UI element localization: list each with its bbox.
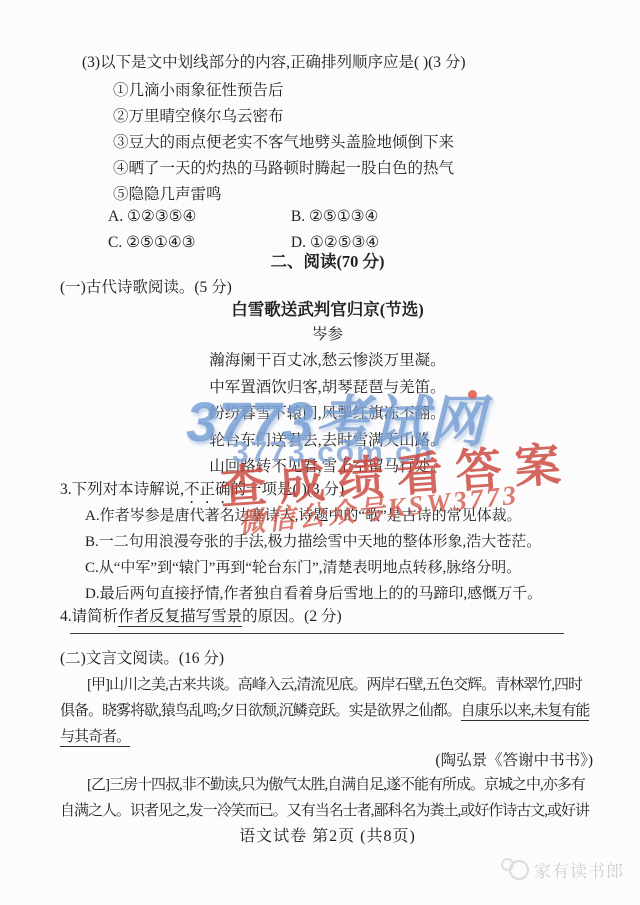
question-3-stem-post: 的一项是( )(3 分) — [231, 481, 345, 498]
option-row: A. ①②③⑤④ B. ②⑤①③④ — [108, 204, 595, 230]
brand-name: 家有读书郎 — [534, 857, 624, 882]
passage-yi-line: 自满之人。识者见之,发一冷笑而已。又有当名士者,鄙科名为粪土,或好作诗古文,或好… — [60, 798, 595, 824]
sentence-item-list: ①几滴小雨象征性预告后 ②万里晴空倏尔乌云密布 ③豆大的雨点便老实不客气地劈头盖… — [113, 78, 595, 208]
question-4-underlined: 作者反复描写雪景 — [118, 608, 242, 627]
passage-jia: [甲]山川之美,古来共谈。高峰入云,清流见底。两岸石壁,五色交辉。青林翠竹,四时… — [60, 672, 595, 750]
passage-jia-line: 与其奇者。 — [60, 724, 595, 750]
question-4-pre: 4.请简析 — [60, 608, 118, 625]
question-3-options: A.作者岑参是唐代著名边塞诗人,诗题中的“歌”是古诗的常见体裁。 B.一二句用浪… — [60, 503, 595, 607]
option-a: A.作者岑参是唐代著名边塞诗人,诗题中的“歌”是古诗的常见体裁。 — [85, 503, 595, 529]
exam-page: (3)以下是文中划线部分的内容,正确排列顺序应是( )(3 分) ①几滴小雨象征… — [0, 0, 640, 905]
poem-body: 瀚海阑干百丈冰,愁云惨淡万里凝。 中军置酒饮归客,胡琴琵琶与羌笛。 纷纷暮雪下辕… — [60, 348, 595, 481]
option-b: B. ②⑤①③④ — [291, 208, 379, 225]
option-c: C.从“中军”到“辕门”再到“轮台东门”,清楚表明地点转移,脉络分明。 — [85, 555, 595, 581]
poem-author: 岑参 — [60, 322, 595, 348]
poem-line: 纷纷暮雪下辕门,风掣红旗冻不翻。 — [60, 401, 595, 428]
poem-line: 轮台东门送君去,去时雪满天山路。 — [60, 428, 595, 455]
sentence-item: ③豆大的雨点便老实不客气地劈头盖脸地倾倒下来 — [113, 130, 595, 156]
passage-attribution: (陶弘景《答谢中书书》) — [60, 748, 595, 774]
option-b: B.一二句用浪漫夸张的手法,极力描绘雪中天地的整体形象,浩大苍茫。 — [85, 529, 595, 555]
option-a: A. ①②③⑤④ — [108, 204, 287, 230]
passage-yi-line: [乙]三房十四叔,非不勤读,只为傲气太胜,自满自足,遂不能有所成。京城之中,亦多… — [60, 772, 595, 798]
subquestion-3-stem: (3)以下是文中划线部分的内容,正确排列顺序应是( )(3 分) — [82, 50, 595, 76]
question-4-stem: 4.请简析作者反复描写雪景的原因。(2 分) — [60, 604, 595, 630]
page-footer: 语文试卷 第2页 (共8页) — [60, 824, 595, 850]
sentence-item: ④晒了一天的灼热的马路顿时腾起一股白色的热气 — [113, 156, 595, 182]
poem-title: 白雪歌送武判官归京(节选) — [60, 297, 595, 323]
part2-heading: (二)文言文阅读。(16 分) — [60, 646, 595, 672]
brand-logo: 家有读书郎 — [501, 857, 624, 882]
reading-boy-logo-icon — [501, 858, 527, 882]
passage-jia-underlined: 自康乐以来,未复有能 — [461, 703, 590, 721]
passage-yi: [乙]三房十四叔,非不勤读,只为傲气太胜,自满自足,遂不能有所成。京城之中,亦多… — [60, 772, 595, 824]
sentence-item: ②万里晴空倏尔乌云密布 — [113, 104, 595, 130]
sentence-item: ①几滴小雨象征性预告后 — [113, 78, 595, 104]
poem-line: 瀚海阑干百丈冰,愁云惨淡万里凝。 — [60, 348, 595, 375]
passage-jia-text: 俱备。晓雾将歇,猿鸟乱鸣;夕日欲颓,沉鳞竞跃。实是欲界之仙都。 — [60, 703, 461, 719]
passage-jia-line: [甲]山川之美,古来共谈。高峰入云,清流见底。两岸石壁,五色交辉。青林翠竹,四时 — [60, 672, 595, 698]
answer-blank-line — [70, 633, 564, 634]
section-title: 二、阅读(70 分) — [60, 249, 595, 275]
question-3-stem-pre: 3.下列对本诗解说, — [60, 481, 184, 498]
passage-jia-line: 俱备。晓雾将歇,猿鸟乱鸣;夕日欲颓,沉鳞竞跃。实是欲界之仙都。自康乐以来,未复有… — [60, 698, 595, 724]
poem-line: 中军置酒饮归客,胡琴琵琶与羌笛。 — [60, 375, 595, 402]
question-4-post: 的原因。(2 分) — [242, 608, 341, 625]
passage-jia-underlined: 与其奇者。 — [60, 729, 130, 747]
question-3-stem-emphasis: 不正确 — [184, 481, 231, 498]
